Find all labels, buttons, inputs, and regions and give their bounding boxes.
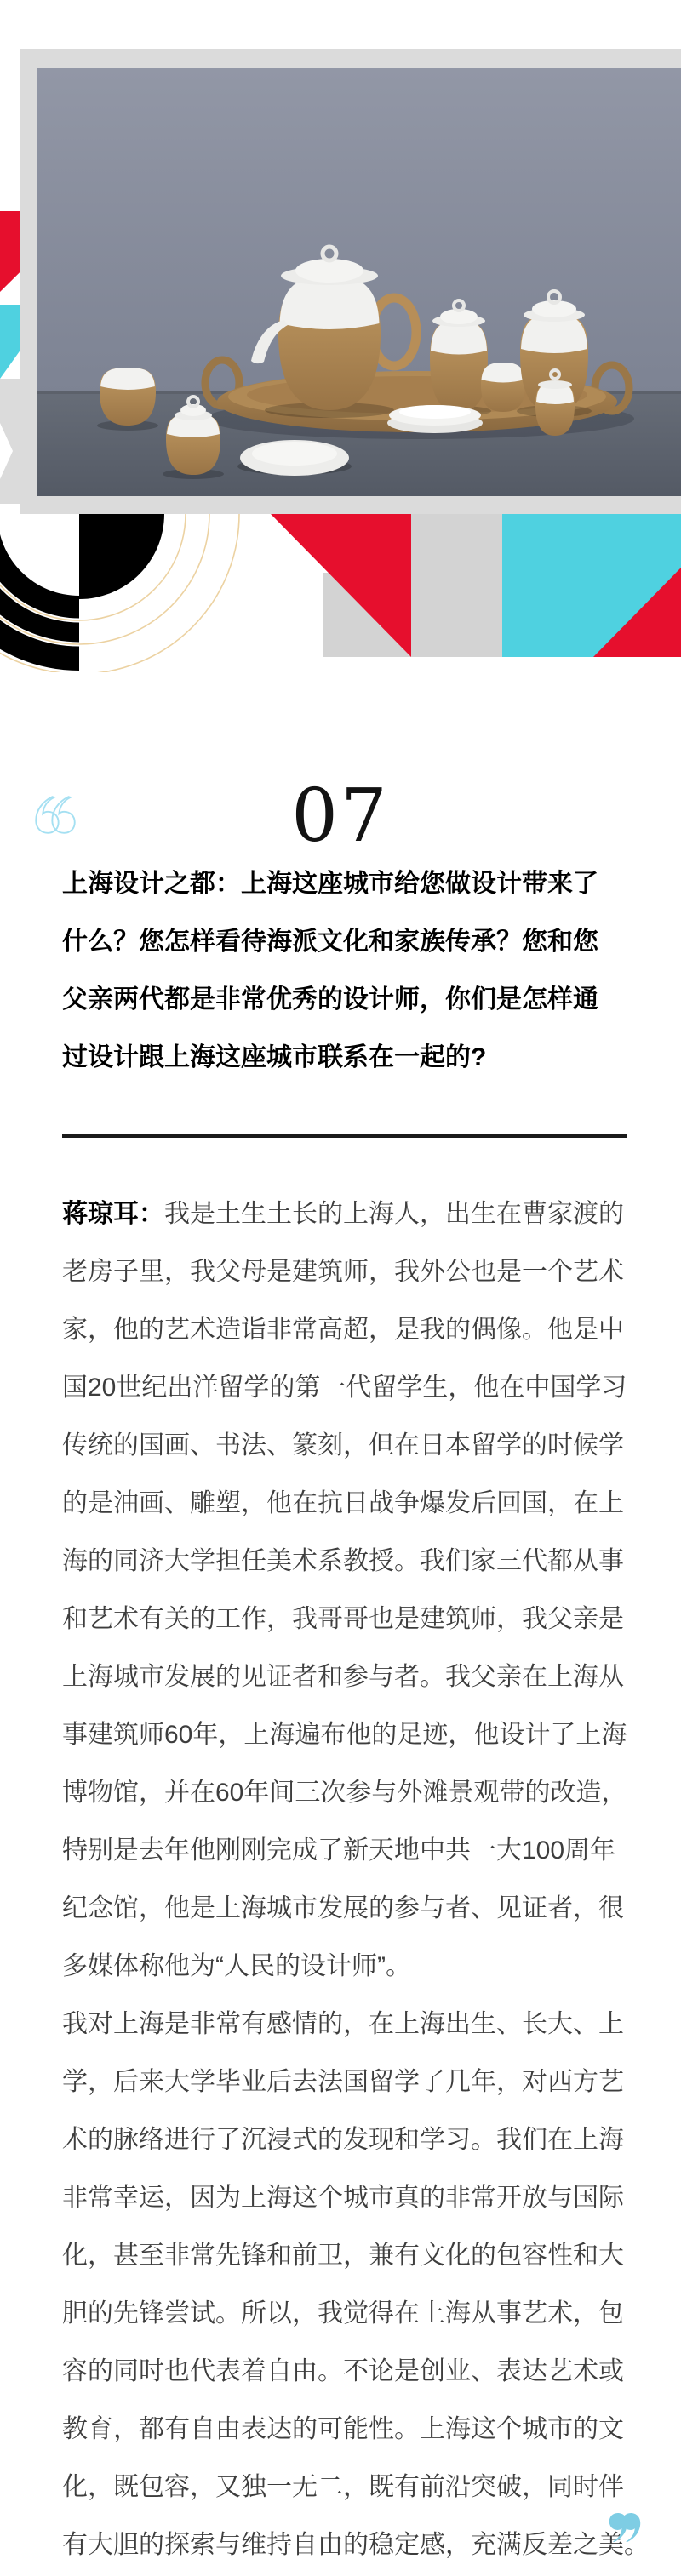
answer-line: 蒋琼耳：我是土生土长的上海人，出生在曹家渡的 [62, 1185, 650, 1243]
close-quote-icon [608, 2511, 642, 2544]
answer-line: 事建筑师60年，上海遍布他的足迹，他设计了上海 [62, 1706, 650, 1764]
answer-line: 非常幸运，因为上海这个城市真的非常开放与国际 [62, 2169, 650, 2227]
answer-line: 术的脉络进行了沉浸式的发现和学习。我们在上海 [62, 2111, 650, 2169]
deco-cyan-notch [0, 305, 20, 379]
tea-set-photo [37, 68, 681, 496]
answer-line: 和艺术有关的工作，我哥哥也是建筑师，我父亲是 [62, 1591, 650, 1648]
speaker-name: 蒋琼耳： [62, 1200, 164, 1228]
answer-line: 胆的先锋尝试。所以，我觉得在上海从事艺术，包 [62, 2285, 650, 2343]
question-line: 上海设计之都：上海这座城市给您做设计带来了 [62, 855, 641, 913]
answer-lines: 老房子里，我父母是建筑师，我外公也是一个艺术家，他的艺术造诣非常高超，是我的偶像… [62, 1243, 650, 2574]
question-line: 过设计跟上海这座城市联系在一起的? [62, 1029, 641, 1087]
answer-first-line-text: 我是土生土长的上海人，出生在曹家渡的 [164, 1200, 624, 1228]
divider-rule [62, 1134, 627, 1138]
answer-line: 容的同时也代表着自由。不论是创业、表达艺术或 [62, 2343, 650, 2401]
answer-line: 的是油画、雕塑，他在抗日战争爆发后回国，在上 [62, 1475, 650, 1533]
answer-line: 国20世纪出洋留学的第一代留学生，他在中国学习 [62, 1359, 650, 1417]
answer-line: 学，后来大学毕业后去法国留学了几年，对西方艺 [62, 2053, 650, 2111]
answer-line: 有大胆的探索与维持自由的稳定感，充满反差之美。 [62, 2516, 650, 2574]
answer-line: 家，他的艺术造诣非常高超，是我的偶像。他是中 [62, 1301, 650, 1359]
answer-line: 教育，都有自由表达的可能性。上海这个城市的文 [62, 2401, 650, 2459]
deco-red-notch [0, 211, 20, 292]
section-number: 07 [0, 780, 681, 853]
answer-line: 博物馆，并在60年间三次参与外滩景观带的改造， [62, 1764, 650, 1822]
interview-question: 上海设计之都：上海这座城市给您做设计带来了什么？您怎样看待海派文化和家族传承？您… [62, 855, 641, 1087]
answer-line: 我对上海是非常有感情的，在上海出生、长大、上 [62, 1996, 650, 2053]
question-line: 什么？您怎样看待海派文化和家族传承？您和您 [62, 913, 641, 971]
answer-line: 纪念馆，他是上海城市发展的参与者、见证者，很 [62, 1880, 650, 1938]
interview-answer: 蒋琼耳：我是土生土长的上海人，出生在曹家渡的 老房子里，我父母是建筑师，我外公也… [62, 1185, 650, 2574]
deco-gray-bar [411, 514, 502, 657]
answer-line: 老房子里，我父母是建筑师，我外公也是一个艺术 [62, 1243, 650, 1301]
article-page: 07 上海设计之都：上海这座城市给您做设计带来了什么？您怎样看待海派文化和家族传… [0, 0, 681, 2576]
answer-line: 特别是去年他刚刚完成了新天地中共一大100周年 [62, 1822, 650, 1880]
answer-line: 多媒体称他为“人民的设计师”。 [62, 1938, 650, 1996]
answer-line: 传统的国画、书法、篆刻，但在日本留学的时候学 [62, 1417, 650, 1475]
answer-line: 上海城市发展的见证者和参与者。我父亲在上海从 [62, 1648, 650, 1706]
deco-arc-circles [0, 502, 247, 672]
answer-line: 海的同济大学担任美术系教授。我们家三代都从事 [62, 1533, 650, 1591]
question-line: 父亲两代都是非常优秀的设计师，你们是怎样通 [62, 971, 641, 1029]
photo-mat [20, 49, 681, 514]
answer-line: 化，既包容，又独一无二，既有前沿突破，同时伴 [62, 2459, 650, 2516]
answer-line: 化，甚至非常先锋和前卫，兼有文化的包容性和大 [62, 2227, 650, 2285]
